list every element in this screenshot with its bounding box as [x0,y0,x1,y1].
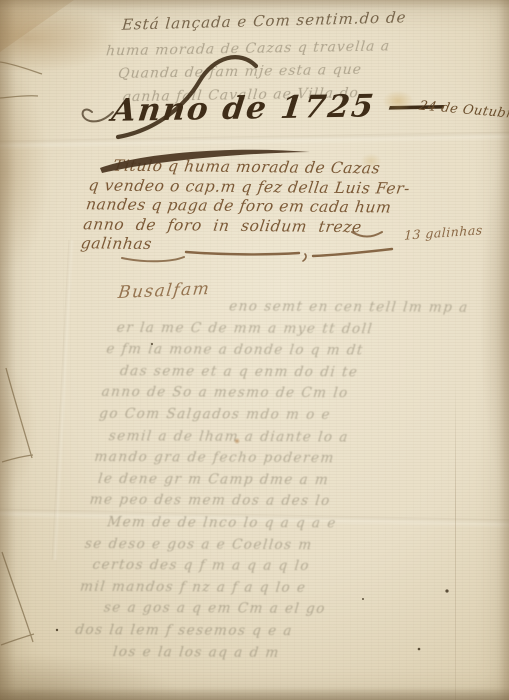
showthrough-line: go Com Salgados mdo m o e [98,404,495,428]
title-paragraph: Titulo q huma morada de Cazas q vendeo o… [80,156,414,257]
paper-crease [52,240,75,560]
showthrough-line: le dene gr m Camp dme a m [97,469,488,493]
showthrough-line: se deso e gos a e Coellos m [84,533,481,557]
showthrough-line: Mem de de lnco lo q a q a e [106,512,483,536]
showthrough-line: das seme et a q enm do di te [119,361,500,385]
showthrough-line: mil mandos f nz a f a q lo e [79,577,476,601]
showthrough-line: los e la los aq a d m [112,642,469,665]
corner-fold [0,0,74,52]
paper-crease [0,131,509,149]
galinhas-underline [122,257,184,261]
year-text: Anno de 1725 [110,88,377,129]
manuscript-page: Está lançada e Com sentim.do de huma mor… [0,0,509,700]
showthrough-text-block: eno semt en cen tell lm mp a er la me C … [72,296,507,665]
binding-threads [0,62,42,645]
showthrough-line: semil a de lham a diante lo a [108,426,493,450]
showthrough-line: anno de So a mesmo de Cm lo [100,382,497,406]
year-title: Anno de 1725 —— [110,87,444,129]
capital-a-swash-tail [83,110,113,122]
paragraph-line: nandes q paga de foro em cada hum [85,195,409,218]
showthrough-line: mando gra de fecho poderem [93,447,490,471]
showthrough-line: me peo des mem dos a des lo [88,490,485,514]
showthrough-line: eno semt en cen tell lm mp a [228,297,507,320]
header-annotation: Está lançada e Com sentim.do de [121,8,407,33]
paragraph-line: Titulo q huma morada de Cazas [112,157,414,180]
paragraph-line: galinhas [80,234,404,257]
showthrough-line: e fm la mone a donde lo q m dt [105,339,502,363]
showthrough-line: er la me C de mm a mye tt doll [115,318,504,342]
showthrough-line: dos la lem f sesemos q e a [74,620,471,644]
showthrough-line: certos des q f m a q a q lo [91,555,478,579]
showthrough-line: se a gos a q em Cm a el go [103,598,474,622]
margin-note-galinhas: 13 galinhas [404,222,483,243]
